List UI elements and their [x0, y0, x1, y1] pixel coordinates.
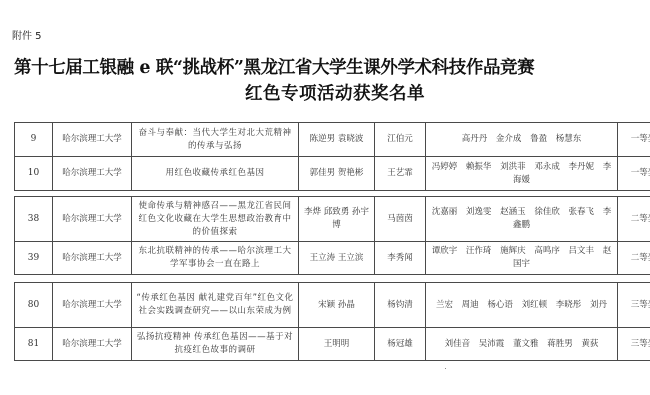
scan-speck [445, 368, 446, 369]
cell-authors: 宋颖 孙晶 [299, 283, 375, 328]
cell-number: 38 [15, 197, 53, 242]
cell-advisor: 江伯元 [375, 123, 426, 157]
table-row: 81 哈尔滨理工大学 弘扬抗疫精神 传承红色基因——基于对抗疫红色故事的调研 王… [15, 328, 650, 361]
table-row: 38 哈尔滨理工大学 使命传承与精神感召——黑龙江省民间红色文化收藏在大学生思想… [15, 197, 650, 242]
cell-number: 80 [15, 283, 53, 328]
cell-title: 用红色收藏传承红色基因 [132, 157, 299, 191]
cell-team: 谭欣宇 汪作琦 施辉庆 高鸣序 吕文丰 赵国宇 [426, 242, 618, 275]
cell-advisor: 杨钧清 [375, 283, 426, 328]
cell-award: 三等奖 [618, 283, 650, 328]
cell-title: 使命传承与精神感召——黑龙江省民间红色文化收藏在大学生思想政治教育中的价值探索 [132, 197, 299, 242]
cell-authors: 郭佳男 贺艳彬 [299, 157, 375, 191]
cell-title: “传承红色基因 献礼建党百年”红色文化社会实践调查研究——以山东荣成为例 [132, 283, 299, 328]
cell-team: 兰宏 周迪 杨心语 刘红顿 李晓彤 刘丹 [426, 283, 618, 328]
cell-number: 81 [15, 328, 53, 361]
cell-award: 二等奖 [618, 197, 650, 242]
cell-number: 39 [15, 242, 53, 275]
cell-school: 哈尔滨理工大学 [53, 283, 132, 328]
cell-number: 9 [15, 123, 53, 157]
table-row: 39 哈尔滨理工大学 东北抗联精神的传承——哈尔滨理工大学军事协会一直在路上 王… [15, 242, 650, 275]
cell-advisor: 王艺霏 [375, 157, 426, 191]
cell-title: 弘扬抗疫精神 传承红色基因——基于对抗疫红色故事的调研 [132, 328, 299, 361]
award-table-segment-1: 9 哈尔滨理工大学 奋斗与奉献：当代大学生对北大荒精神的传承与弘扬 陈逆男 袁晓… [14, 122, 650, 191]
cell-school: 哈尔滨理工大学 [53, 242, 132, 275]
award-table-segment-2: 38 哈尔滨理工大学 使命传承与精神感召——黑龙江省民间红色文化收藏在大学生思想… [14, 196, 650, 275]
cell-authors: 李烨 邱致勇 孙宇博 [299, 197, 375, 242]
cell-number: 10 [15, 157, 53, 191]
cell-school: 哈尔滨理工大学 [53, 123, 132, 157]
cell-award: 一等奖 [618, 123, 650, 157]
attachment-label: 附件 5 [12, 27, 42, 42]
cell-advisor: 杨冠雄 [375, 328, 426, 361]
cell-award: 一等奖 [618, 157, 650, 191]
table-row: 10 哈尔滨理工大学 用红色收藏传承红色基因 郭佳男 贺艳彬 王艺霏 冯婷婷 赖… [15, 157, 650, 191]
cell-title: 奋斗与奉献：当代大学生对北大荒精神的传承与弘扬 [132, 123, 299, 157]
cell-team: 冯婷婷 赖振华 刘洪菲 邓永成 李丹妮 李海媛 [426, 157, 618, 191]
table-row: 80 哈尔滨理工大学 “传承红色基因 献礼建党百年”红色文化社会实践调查研究——… [15, 283, 650, 328]
cell-title: 东北抗联精神的传承——哈尔滨理工大学军事协会一直在路上 [132, 242, 299, 275]
cell-team: 沈嘉丽 刘逸雯 赵涵玉 徐佳欣 张春飞 李鑫鹏 [426, 197, 618, 242]
cell-award: 三等奖 [618, 328, 650, 361]
cell-team: 刘佳音 吴沛霞 董文雅 蒋胜男 黄荻 [426, 328, 618, 361]
table-row: 9 哈尔滨理工大学 奋斗与奉献：当代大学生对北大荒精神的传承与弘扬 陈逆男 袁晓… [15, 123, 650, 157]
cell-advisor: 马茵茵 [375, 197, 426, 242]
cell-authors: 陈逆男 袁晓波 [299, 123, 375, 157]
document-title: 第十七届工银融 e 联“挑战杯”黑龙江省大学生课外学术科技作品竞赛 [14, 54, 534, 79]
cell-team: 高丹丹 金介成 鲁盈 杨慧东 [426, 123, 618, 157]
cell-award: 二等奖 [618, 242, 650, 275]
document-subtitle: 红色专项活动获奖名单 [0, 80, 650, 105]
cell-advisor: 李秀闻 [375, 242, 426, 275]
cell-authors: 王明明 [299, 328, 375, 361]
cell-school: 哈尔滨理工大学 [53, 197, 132, 242]
cell-school: 哈尔滨理工大学 [53, 328, 132, 361]
cell-school: 哈尔滨理工大学 [53, 157, 132, 191]
award-table-segment-3: 80 哈尔滨理工大学 “传承红色基因 献礼建党百年”红色文化社会实践调查研究——… [14, 282, 650, 361]
cell-authors: 王立涛 王立滨 [299, 242, 375, 275]
